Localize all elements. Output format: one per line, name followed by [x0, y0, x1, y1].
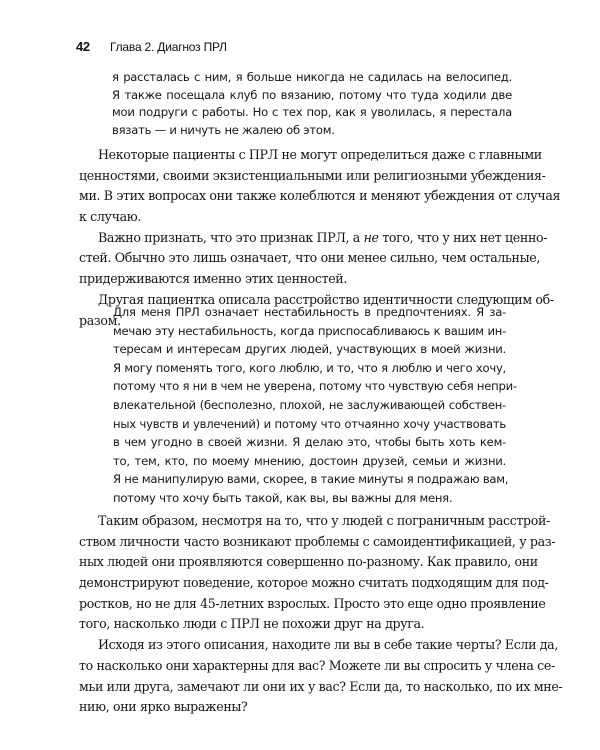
running-head: 42 Глава 2. Диагноз ПРЛ: [76, 39, 227, 57]
text-line: Некоторые пациенты с ПРЛ не могут опреде…: [79, 145, 534, 166]
text-line: Я не манипулирую вами, скорее, в такие м…: [113, 470, 506, 489]
text-line: то, тем, кто, по моему мнению, достоин д…: [113, 452, 506, 471]
text-line: Я также посещала клуб по вязанию, потому…: [112, 87, 512, 105]
text-line: тересам и интересам других людей, участв…: [113, 340, 506, 359]
text-line: ми. В этих вопросах они также колеблются…: [79, 186, 534, 207]
page-number: 42: [76, 39, 110, 54]
text-line: Исходя из этого описания, находите ли вы…: [79, 635, 534, 656]
quote-block-knitting: я рассталась с ним, я больше никогда не …: [112, 69, 512, 139]
quote-block-patient: Для меня ПРЛ означает нестабильность в п…: [113, 303, 506, 508]
text-span: того, что у них нет ценно-: [382, 230, 547, 245]
text-line: потому что хочу быть такой, как вы, вы в…: [113, 489, 506, 508]
text-line: придерживаются именно этих ценностей.: [79, 269, 534, 290]
text-line: мои подруги с работы. Но с тех пор, как …: [112, 104, 512, 122]
book-page: 42 Глава 2. Диагноз ПРЛ я рассталась с н…: [0, 0, 600, 750]
text-line: в чем угодно в своей жизни. Я делаю это,…: [113, 433, 506, 452]
text-line-with-emphasis: Важно признать, что это признак ПРЛ, а н…: [79, 228, 534, 249]
body-text-conclusion: Таким образом, несмотря на то, что у люд…: [79, 511, 534, 718]
emphasis-ne: не: [364, 230, 379, 245]
text-line: вязать — и ничуть не жалею об этом.: [112, 122, 512, 140]
text-line: влекательной (бесполезно, плохой, не зас…: [113, 396, 506, 415]
chapter-title: Глава 2. Диагноз ПРЛ: [110, 40, 227, 54]
text-span: Важно признать, что это признак ПРЛ, а: [98, 230, 360, 245]
text-line: ных людей они проявляются совершенно по-…: [79, 552, 534, 573]
text-line: мечаю эту нестабильность, когда приспоса…: [113, 322, 506, 341]
text-line: потому что я ни в чем не уверена, потому…: [113, 377, 506, 396]
text-line: демонстрируют поведение, которое можно с…: [79, 573, 534, 594]
text-line: Таким образом, несмотря на то, что у люд…: [79, 511, 534, 532]
text-line: ством личности часто возникают проблемы …: [79, 532, 534, 553]
text-line: мьи или друга, замечают ли они их у вас?…: [79, 677, 534, 698]
text-line: Я могу поменять того, кого люблю, и то, …: [113, 359, 506, 378]
text-line: то насколько они характерны для вас? Мож…: [79, 656, 534, 677]
text-line: Для меня ПРЛ означает нестабильность в п…: [113, 303, 506, 322]
text-line: ных чувств и увлечений) и потому что отч…: [113, 415, 506, 434]
text-line: к случаю.: [79, 207, 534, 228]
text-line: стей. Обычно это лишь означает, что они …: [79, 248, 534, 269]
text-line: нию, они ярко выражены?: [79, 697, 534, 718]
text-line: ростков, но не для 45-летних взрослых. П…: [79, 594, 534, 615]
text-line: того, насколько люди с ПРЛ не похожи дру…: [79, 614, 534, 635]
text-line: ценностями, своими экзистенциальными или…: [79, 166, 534, 187]
text-line: я рассталась с ним, я больше никогда не …: [112, 69, 512, 87]
